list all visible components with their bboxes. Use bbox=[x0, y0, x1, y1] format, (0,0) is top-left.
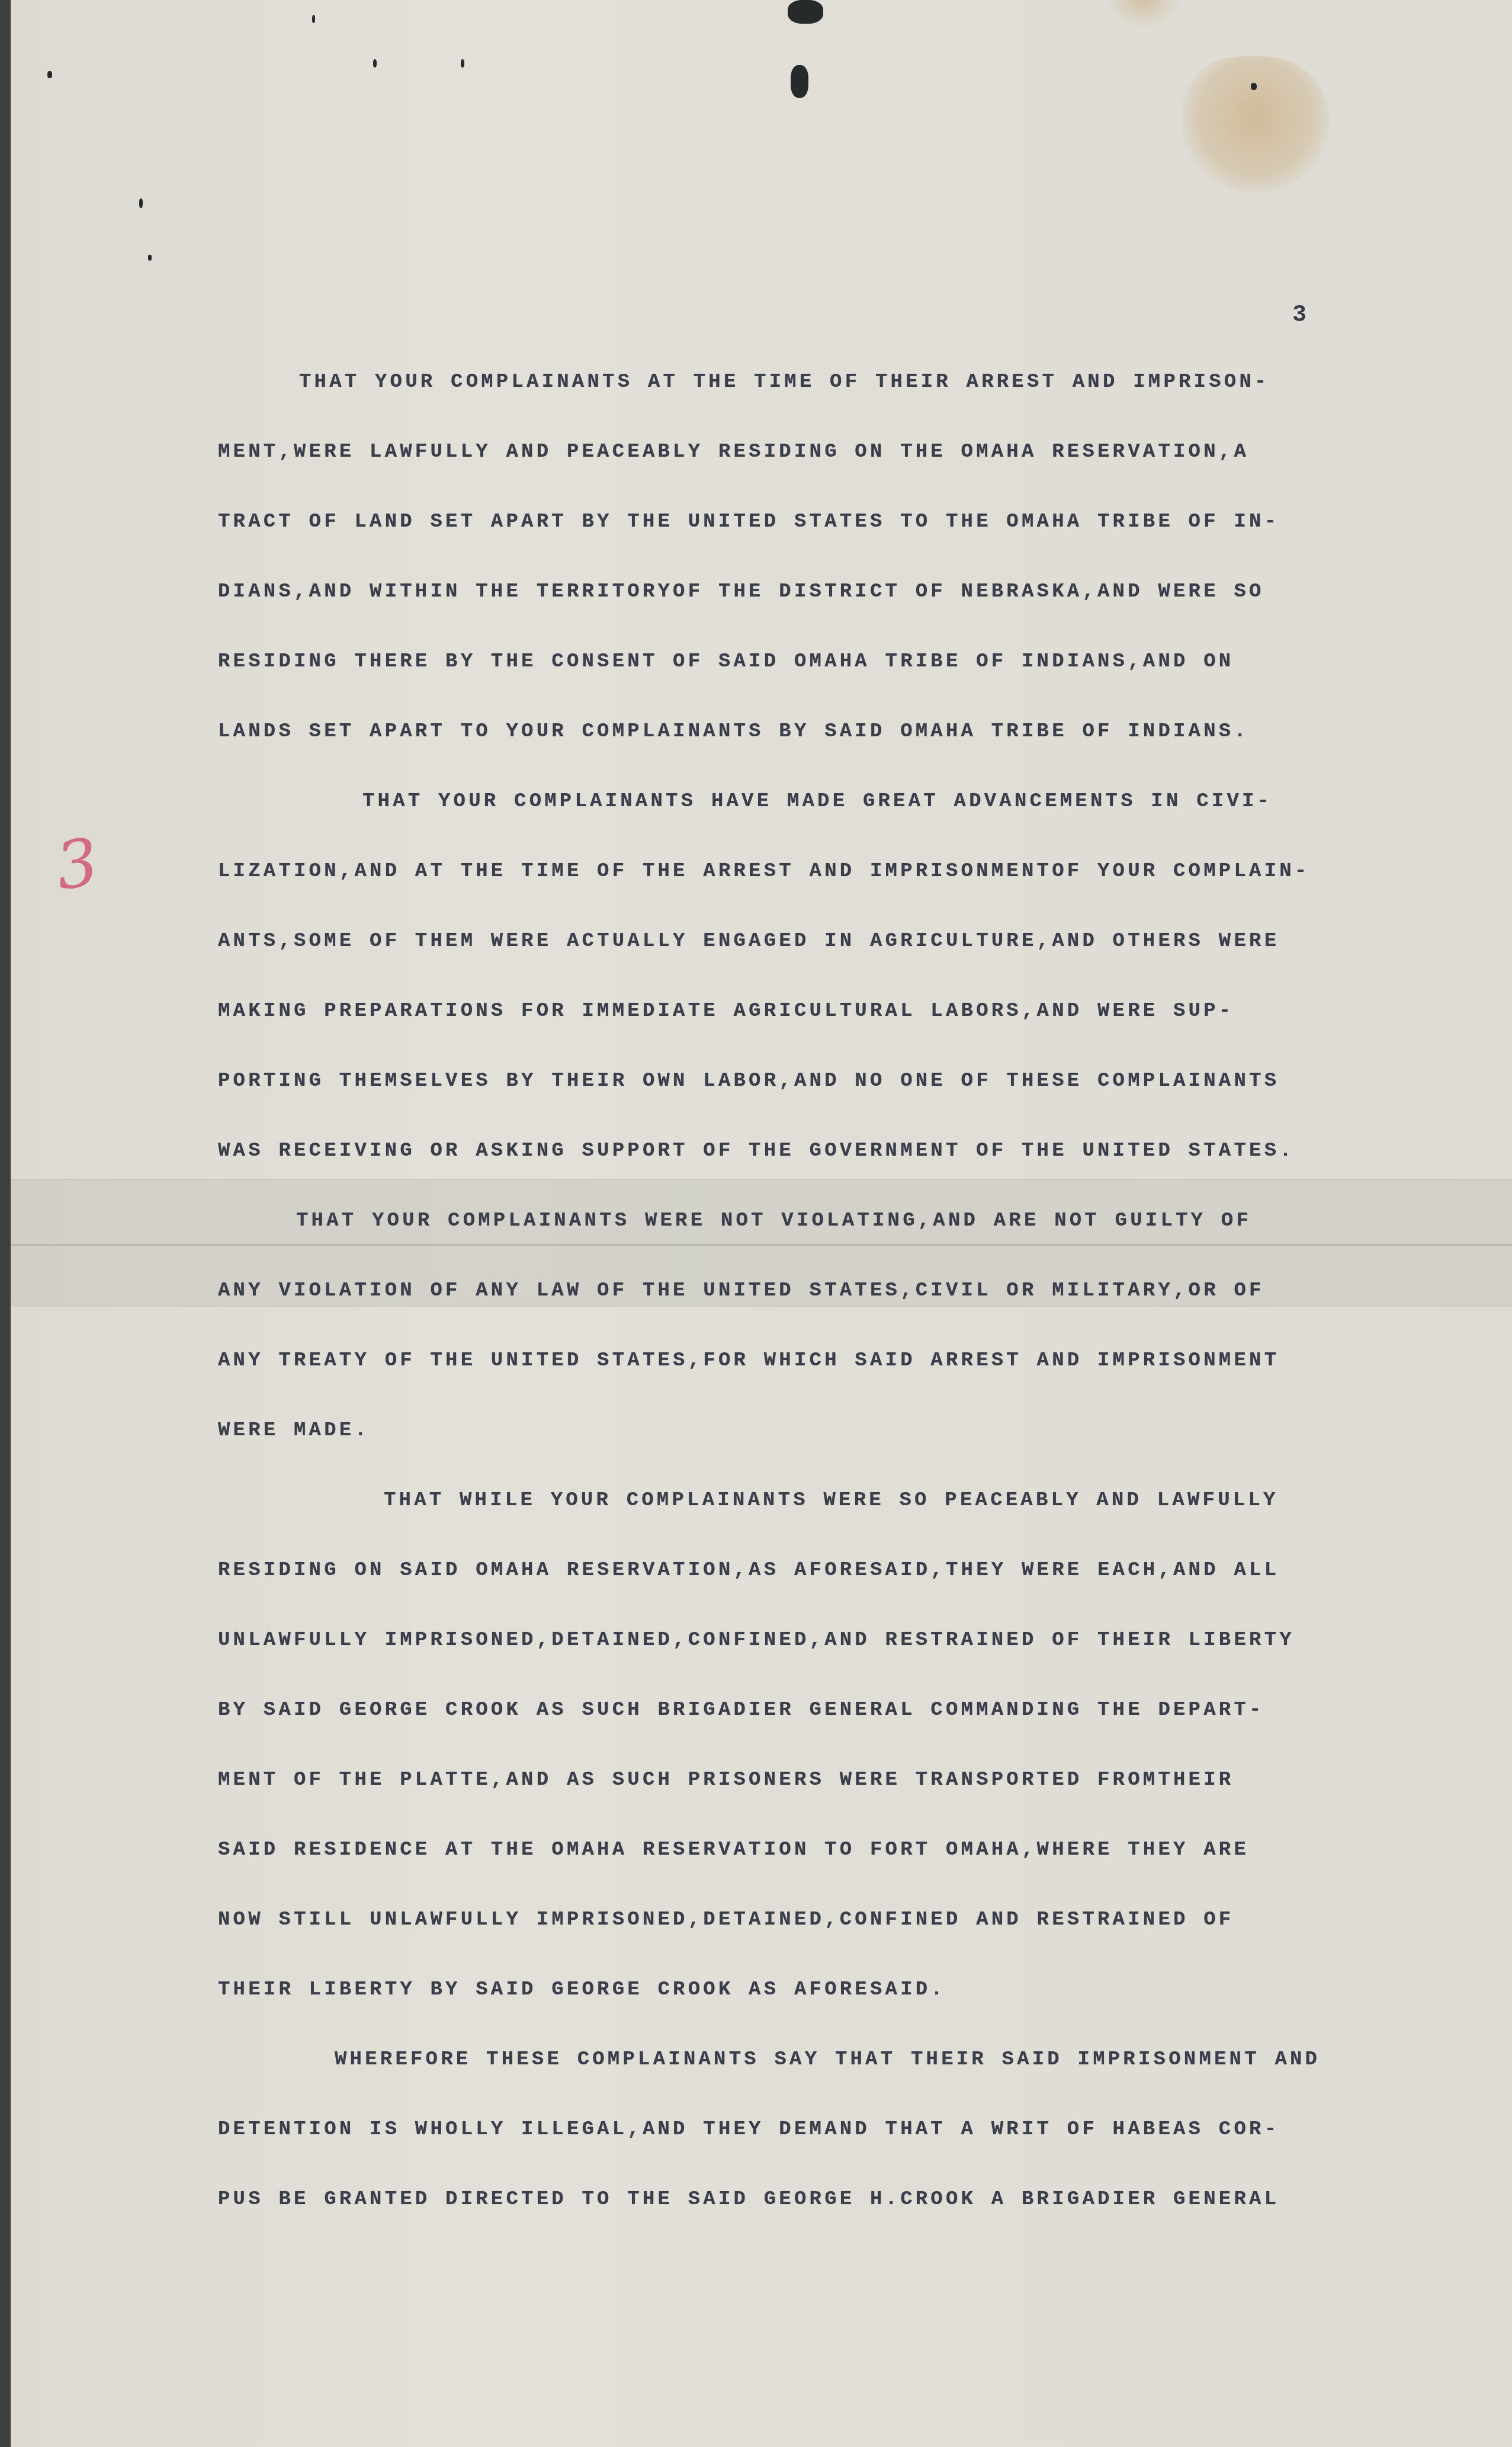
text-line: WHEREFORE THESE COMPLAINANTS SAY THAT TH… bbox=[335, 2048, 1320, 2071]
text-line: THAT YOUR COMPLAINANTS HAVE MADE GREAT A… bbox=[362, 790, 1272, 813]
text-line: LANDS SET APART TO YOUR COMPLAINANTS BY … bbox=[218, 720, 1249, 743]
text-line: LIZATION,AND AT THE TIME OF THE ARREST A… bbox=[218, 860, 1309, 883]
text-line: ANY VIOLATION OF ANY LAW OF THE UNITED S… bbox=[218, 1279, 1264, 1303]
text-line: THAT YOUR COMPLAINANTS WERE NOT VIOLATIN… bbox=[296, 1209, 1251, 1233]
perforation-hole bbox=[373, 59, 377, 68]
text-line: MENT OF THE PLATTE,AND AS SUCH PRISONERS… bbox=[218, 1768, 1234, 1792]
text-line: ANY TREATY OF THE UNITED STATES,FOR WHIC… bbox=[218, 1349, 1279, 1372]
page-number: 3 bbox=[1292, 302, 1306, 329]
text-line: RESIDING THERE BY THE CONSENT OF SAID OM… bbox=[218, 650, 1234, 674]
text-line: MENT,WERE LAWFULLY AND PEACEABLY RESIDIN… bbox=[218, 440, 1249, 464]
perforation-hole bbox=[312, 15, 315, 23]
text-line: UNLAWFULLY IMPRISONED,DETAINED,CONFINED,… bbox=[218, 1628, 1295, 1652]
text-line: BY SAID GEORGE CROOK AS SUCH BRIGADIER G… bbox=[218, 1698, 1264, 1722]
binding-hole bbox=[791, 65, 808, 98]
perforation-hole bbox=[1251, 83, 1257, 90]
binding-hole bbox=[788, 0, 823, 24]
text-line: MAKING PREPARATIONS FOR IMMEDIATE AGRICU… bbox=[218, 999, 1234, 1023]
text-line: DETENTION IS WHOLLY ILLEGAL,AND THEY DEM… bbox=[218, 2118, 1279, 2141]
text-line: THAT WHILE YOUR COMPLAINANTS WERE SO PEA… bbox=[384, 1489, 1279, 1512]
text-line: TRACT OF LAND SET APART BY THE UNITED ST… bbox=[218, 510, 1279, 534]
text-line: WERE MADE. bbox=[218, 1419, 370, 1442]
text-line: NOW STILL UNLAWFULLY IMPRISONED,DETAINED… bbox=[218, 1908, 1234, 1932]
text-line: WAS RECEIVING OR ASKING SUPPORT OF THE G… bbox=[218, 1139, 1295, 1163]
perforation-hole bbox=[461, 59, 464, 68]
text-line: SAID RESIDENCE AT THE OMAHA RESERVATION … bbox=[218, 1838, 1249, 1862]
perforation-hole bbox=[47, 71, 52, 78]
tear-seam bbox=[11, 1244, 1512, 1246]
text-line: PORTING THEMSELVES BY THEIR OWN LABOR,AN… bbox=[218, 1069, 1279, 1093]
perforation-hole bbox=[148, 255, 152, 261]
text-line: THEIR LIBERTY BY SAID GEORGE CROOK AS AF… bbox=[218, 1978, 946, 2002]
text-line: PUS BE GRANTED DIRECTED TO THE SAID GEOR… bbox=[218, 2188, 1279, 2211]
water-stain bbox=[1182, 56, 1330, 193]
perforation-hole bbox=[139, 198, 143, 208]
text-line: RESIDING ON SAID OMAHA RESERVATION,AS AF… bbox=[218, 1558, 1279, 1582]
text-line: THAT YOUR COMPLAINANTS AT THE TIME OF TH… bbox=[299, 370, 1270, 394]
water-stain-small bbox=[1107, 0, 1179, 27]
text-line: ANTS,SOME OF THEM WERE ACTUALLY ENGAGED … bbox=[218, 929, 1279, 953]
text-line: DIANS,AND WITHIN THE TERRITORYOF THE DIS… bbox=[218, 580, 1264, 604]
